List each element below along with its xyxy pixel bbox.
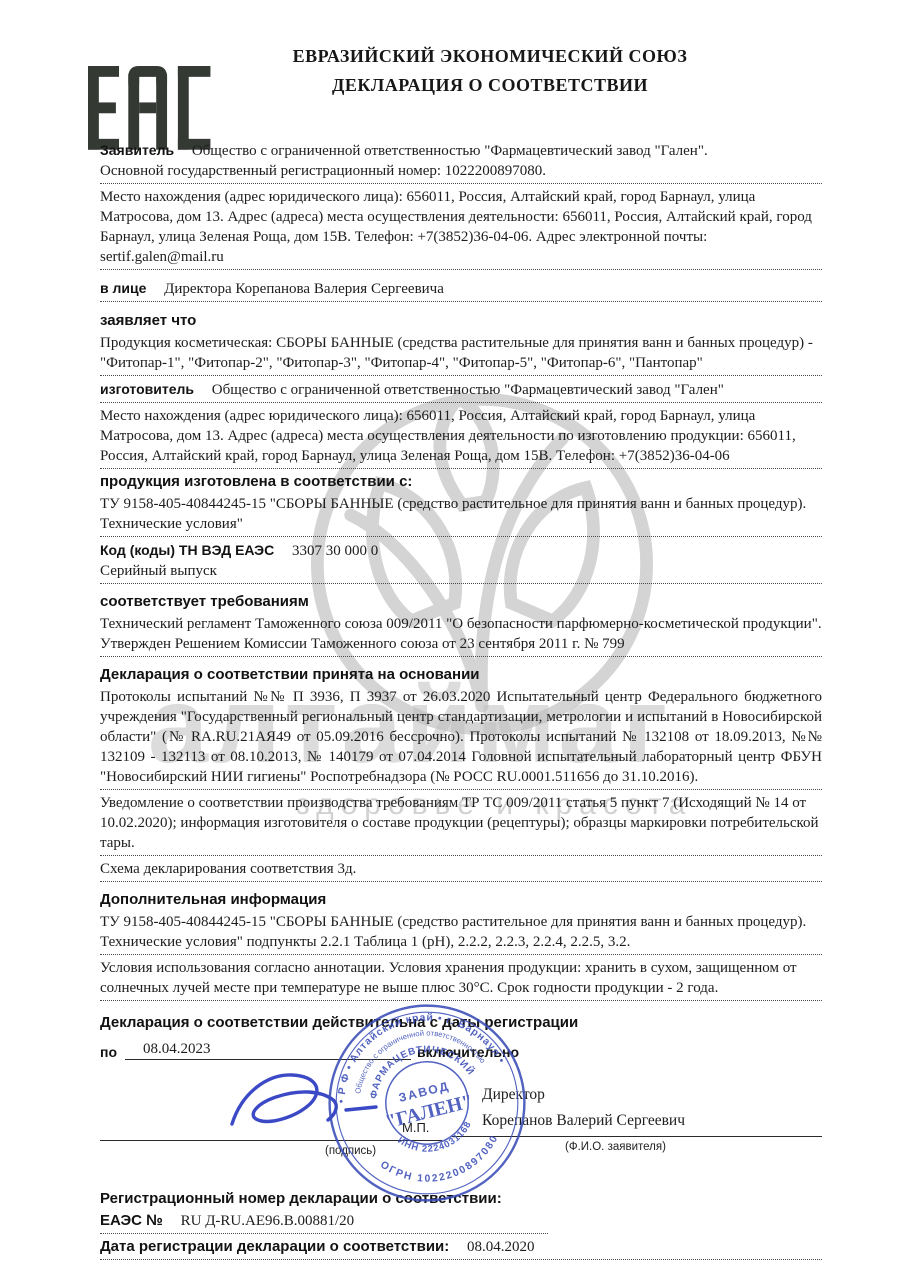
applicant-name: Общество с ограниченной ответственностью… bbox=[192, 143, 708, 159]
basis-scheme: Схема декларирования соответствия 3д. bbox=[100, 859, 822, 882]
declaration-document: алтаймаг здоровье и красота ЕВРАЗИЙСКИЙ … bbox=[0, 0, 900, 1273]
complies-value: Технический регламент Таможенного союза … bbox=[100, 614, 822, 657]
applicant-row: Заявитель Общество с ограниченной ответс… bbox=[100, 140, 822, 161]
reg-number-row: ЕАЭС № RU Д-RU.АЕ96.В.00881/20 bbox=[100, 1211, 548, 1234]
basis-notification: Уведомление о соответствии производства … bbox=[100, 793, 822, 856]
tnved-row: Код (коды) ТН ВЭД ЕАЭС 3307 30 000 0 bbox=[100, 540, 822, 561]
manufacturer-row: изготовитель Общество с ограниченной отв… bbox=[100, 379, 822, 403]
signature-area: (подпись) М.П. Директор Корепанов Валери… bbox=[100, 1064, 822, 1180]
manufacturer-address: Место нахождения (адрес юридического лиц… bbox=[100, 406, 822, 469]
applicant-ogrn: Основной государственный регистрационный… bbox=[100, 161, 822, 184]
tnved-code: 3307 30 000 0 bbox=[292, 543, 378, 559]
valid-until-label: по bbox=[100, 1044, 117, 1060]
made-in-accordance-value: ТУ 9158-405-40844245-15 "СБОРЫ БАННЫЕ (с… bbox=[100, 494, 822, 537]
made-in-accordance-label: продукция изготовлена в соответствии с: bbox=[100, 472, 822, 491]
manufacturer-name: Общество с ограниченной ответственностью… bbox=[212, 382, 724, 398]
reg-date-value: 08.04.2020 bbox=[467, 1239, 535, 1255]
basis-label: Декларация о соответствии принята на осн… bbox=[100, 665, 822, 684]
serial-issue: Серийный выпуск bbox=[100, 561, 822, 584]
title-line-union: ЕВРАЗИЙСКИЙ ЭКОНОМИЧЕСКИЙ СОЮЗ bbox=[120, 42, 860, 71]
complies-label: соответствует требованиям bbox=[100, 592, 822, 611]
declares-label: заявляет что bbox=[100, 311, 822, 330]
document-title: ЕВРАЗИЙСКИЙ ЭКОНОМИЧЕСКИЙ СОЮЗ ДЕКЛАРАЦИ… bbox=[120, 42, 860, 100]
reg-date-label: Дата регистрации декларации о соответств… bbox=[100, 1238, 449, 1255]
declared-product: Продукция косметическая: СБОРЫ БАННЫЕ (с… bbox=[100, 333, 822, 376]
applicant-address: Место нахождения (адрес юридического лиц… bbox=[100, 187, 822, 270]
title-line-declaration: ДЕКЛАРАЦИЯ О СООТВЕТСТВИИ bbox=[120, 71, 860, 100]
document-body: Заявитель Общество с ограниченной ответс… bbox=[100, 140, 822, 1263]
reg-date-row: Дата регистрации декларации о соответств… bbox=[100, 1237, 822, 1260]
in-person-value: Директора Корепанова Валерия Сергеевича bbox=[164, 281, 444, 297]
additional-info-label: Дополнительная информация bbox=[100, 890, 822, 909]
applicant-label: Заявитель bbox=[100, 142, 174, 158]
manufacturer-label: изготовитель bbox=[100, 381, 194, 397]
in-person-row: в лице Директора Корепанова Валерия Серг… bbox=[100, 278, 822, 302]
basis-protocols: Протоколы испытаний №№ П 3936, П 3937 от… bbox=[100, 687, 822, 790]
tnved-label: Код (коды) ТН ВЭД ЕАЭС bbox=[100, 542, 274, 558]
in-person-label: в лице bbox=[100, 280, 146, 296]
signer-name-caption: (Ф.И.О. заявителя) bbox=[565, 1141, 666, 1153]
eaes-number-label: ЕАЭС № bbox=[100, 1212, 163, 1229]
additional-tu: ТУ 9158-405-40844245-15 "СБОРЫ БАННЫЕ (с… bbox=[100, 912, 822, 955]
eaes-number-value: RU Д-RU.АЕ96.В.00881/20 bbox=[181, 1213, 355, 1229]
